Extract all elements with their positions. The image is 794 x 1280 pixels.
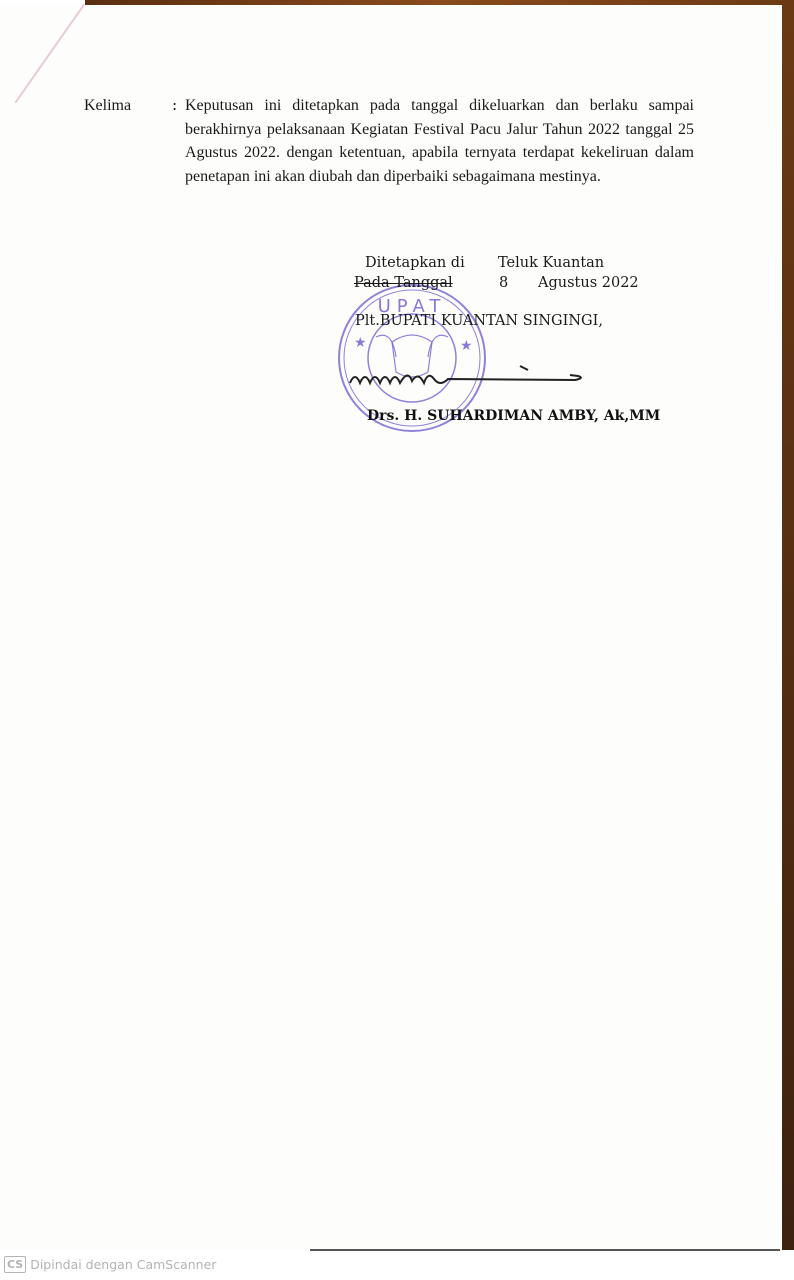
scanner-watermark: CS Dipindai dengan CamScanner	[4, 1256, 216, 1273]
scan-background-edge-right	[782, 0, 794, 1250]
page-bottom-edge	[310, 1249, 780, 1251]
clause-separator: :	[172, 94, 177, 118]
camscanner-logo-icon: CS	[4, 1256, 26, 1273]
date-month-year: Agustus 2022	[538, 275, 639, 291]
svg-text:★: ★	[354, 335, 367, 351]
date-day: 8	[499, 275, 508, 291]
place-label: Ditetapkan di	[365, 255, 465, 271]
watermark-text: Dipindai dengan CamScanner	[30, 1257, 216, 1272]
date-label: Pada Tanggal	[354, 275, 453, 291]
place-value: Teluk Kuantan	[498, 255, 604, 271]
clause-text: Keputusan ini ditetapkan pada tanggal di…	[185, 94, 694, 188]
clause-label: Kelima	[84, 94, 131, 118]
signatory-name: Drs. H. SUHARDIMAN AMBY, Ak,MM	[367, 408, 660, 424]
signatory-title: Plt.BUPATI KUANTAN SINGINGI,	[355, 313, 603, 329]
clause-kelima: Kelima : Keputusan ini ditetapkan pada t…	[84, 94, 694, 188]
svg-text:★: ★	[460, 338, 473, 354]
document-page	[0, 5, 782, 1250]
handwritten-signature	[345, 355, 595, 400]
